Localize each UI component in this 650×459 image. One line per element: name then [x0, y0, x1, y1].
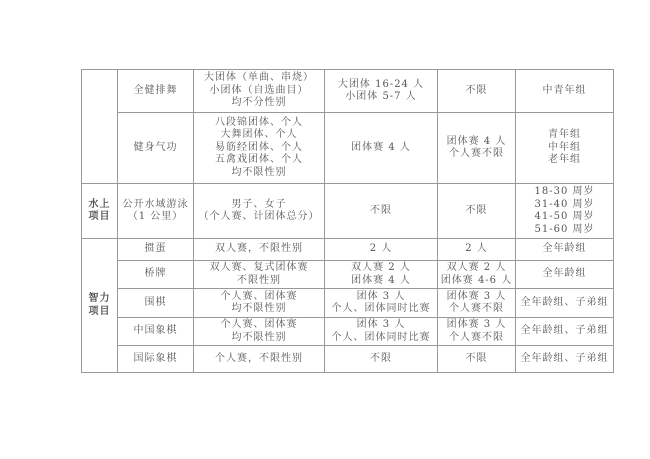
category-label: 智力 [84, 293, 115, 306]
format-cell: 双人赛，不限性别 [194, 239, 325, 261]
quota-cell: 团体赛 4 人 个人赛不限 [438, 113, 516, 184]
format-cell: 个人赛、团体赛 均不限性别 [194, 318, 325, 346]
team-size-line: 团体赛 4 人 [327, 142, 435, 155]
category-cell-continued [82, 70, 118, 184]
age-group-line: 青年组 [518, 129, 611, 142]
event-cell: 围棋 [118, 289, 194, 318]
team-size-cell: 大团体 16-24 人 小团体 5-7 人 [325, 70, 438, 113]
format-line: 均不限性别 [196, 332, 322, 345]
event-name: 桥牌 [120, 268, 191, 281]
age-group-line: 41-50 周岁 [518, 211, 611, 224]
format-cell: 大团体（单曲、串烧） 小团体（自选曲目） 均不分性别 [194, 70, 325, 113]
age-group-line: 31-40 周岁 [518, 199, 611, 212]
category-label: 水上 [84, 199, 115, 212]
event-cell: 健身气功 [118, 113, 194, 184]
quota-line: 双人赛 2 人 [440, 262, 513, 275]
format-line: （个人赛、计团体总分） [196, 211, 322, 224]
event-cell: 掼蛋 [118, 239, 194, 261]
team-size-line: 2 人 [327, 243, 435, 256]
table-row: 围棋 个人赛、团体赛 均不限性别 团体 3 人 个人、团体同时比赛 团体赛 3 … [82, 289, 614, 318]
quota-line: 2 人 [440, 243, 513, 256]
age-group-line: 全年龄组 [518, 268, 611, 281]
team-size-cell: 不限 [325, 346, 438, 373]
event-name: （1 公里） [120, 211, 191, 224]
format-line: 大团体（单曲、串烧） [196, 72, 322, 85]
events-table: 全健排舞 大团体（单曲、串烧） 小团体（自选曲目） 均不分性别 大团体 16-2… [81, 69, 614, 373]
format-cell: 个人赛，不限性别 [194, 346, 325, 373]
quota-cell: 团体赛 3 人 个人赛不限 [438, 289, 516, 318]
age-group-line: 全年龄组、子弟组 [518, 297, 611, 310]
format-cell: 八段锦团体、个人 大舞团体、个人 易筋经团体、个人 五禽戏团体、个人 均不限性别 [194, 113, 325, 184]
team-size-line: 个人、团体同时比赛 [327, 332, 435, 345]
format-line: 大舞团体、个人 [196, 129, 322, 142]
age-group-line: 全年龄组 [518, 243, 611, 256]
age-group-cell: 中青年组 [516, 70, 614, 113]
team-size-line: 双人赛 2 人 [327, 262, 435, 275]
format-line: 不限性别 [196, 275, 322, 288]
team-size-line: 团体 3 人 [327, 291, 435, 304]
format-line: 易筋经团体、个人 [196, 142, 322, 155]
format-line: 男子、女子 [196, 199, 322, 212]
format-cell: 男子、女子 （个人赛、计团体总分） [194, 184, 325, 239]
team-size-cell: 不限 [325, 184, 438, 239]
quota-cell: 2 人 [438, 239, 516, 261]
quota-cell: 双人赛 2 人 团体赛 4-6 人 [438, 261, 516, 289]
table-row: 水上 项目 公开水域游泳 （1 公里） 男子、女子 （个人赛、计团体总分） 不限… [82, 184, 614, 239]
quota-line: 不限 [440, 353, 513, 366]
format-line: 个人赛，不限性别 [196, 353, 322, 366]
team-size-line: 大团体 16-24 人 [327, 79, 435, 92]
team-size-line: 团体 3 人 [327, 319, 435, 332]
team-size-line: 小团体 5-7 人 [327, 91, 435, 104]
team-size-line: 团体赛 4 人 [327, 275, 435, 288]
age-group-cell: 18-30 周岁 31-40 周岁 41-50 周岁 51-60 周岁 [516, 184, 614, 239]
quota-line: 不限 [440, 85, 513, 98]
format-line: 均不限性别 [196, 167, 322, 180]
category-label: 项目 [84, 306, 115, 319]
quota-line: 不限 [440, 205, 513, 218]
category-cell-water: 水上 项目 [82, 184, 118, 239]
format-line: 均不分性别 [196, 97, 322, 110]
format-line: 双人赛、复式团体赛 [196, 262, 322, 275]
team-size-cell: 双人赛 2 人 团体赛 4 人 [325, 261, 438, 289]
event-name: 中国象棋 [120, 325, 191, 338]
quota-cell: 不限 [438, 346, 516, 373]
table-row: 全健排舞 大团体（单曲、串烧） 小团体（自选曲目） 均不分性别 大团体 16-2… [82, 70, 614, 113]
quota-cell: 团体赛 3 人 个人赛不限 [438, 318, 516, 346]
event-name: 公开水域游泳 [120, 199, 191, 212]
quota-line: 团体赛 3 人 [440, 291, 513, 304]
event-cell: 桥牌 [118, 261, 194, 289]
format-line: 小团体（自选曲目） [196, 85, 322, 98]
event-name: 国际象棋 [120, 353, 191, 366]
quota-line: 团体赛 4 人 [440, 136, 513, 149]
age-group-line: 中青年组 [518, 85, 611, 98]
age-group-line: 老年组 [518, 154, 611, 167]
age-group-cell: 全年龄组、子弟组 [516, 318, 614, 346]
quota-line: 团体赛 3 人 [440, 319, 513, 332]
table-row: 国际象棋 个人赛，不限性别 不限 不限 全年龄组、子弟组 [82, 346, 614, 373]
event-cell: 全健排舞 [118, 70, 194, 113]
table-row: 桥牌 双人赛、复式团体赛 不限性别 双人赛 2 人 团体赛 4 人 双人赛 2 … [82, 261, 614, 289]
team-size-line: 个人、团体同时比赛 [327, 303, 435, 316]
event-cell: 公开水域游泳 （1 公里） [118, 184, 194, 239]
team-size-cell: 团体 3 人 个人、团体同时比赛 [325, 289, 438, 318]
event-name: 全健排舞 [120, 85, 191, 98]
quota-cell: 不限 [438, 70, 516, 113]
table-row: 中国象棋 个人赛、团体赛 均不限性别 团体 3 人 个人、团体同时比赛 团体赛 … [82, 318, 614, 346]
age-group-line: 51-60 周岁 [518, 224, 611, 237]
quota-line: 个人赛不限 [440, 148, 513, 161]
team-size-cell: 团体 3 人 个人、团体同时比赛 [325, 318, 438, 346]
age-group-line: 全年龄组、子弟组 [518, 325, 611, 338]
team-size-cell: 2 人 [325, 239, 438, 261]
format-line: 双人赛，不限性别 [196, 243, 322, 256]
age-group-cell: 青年组 中年组 老年组 [516, 113, 614, 184]
category-label: 项目 [84, 211, 115, 224]
age-group-cell: 全年龄组 [516, 239, 614, 261]
event-name: 健身气功 [120, 142, 191, 155]
table-row: 健身气功 八段锦团体、个人 大舞团体、个人 易筋经团体、个人 五禽戏团体、个人 … [82, 113, 614, 184]
age-group-line: 中年组 [518, 142, 611, 155]
age-group-cell: 全年龄组 [516, 261, 614, 289]
format-cell: 个人赛、团体赛 均不限性别 [194, 289, 325, 318]
quota-line: 个人赛不限 [440, 303, 513, 316]
age-group-line: 18-30 周岁 [518, 186, 611, 199]
quota-line: 团体赛 4-6 人 [440, 275, 513, 288]
format-cell: 双人赛、复式团体赛 不限性别 [194, 261, 325, 289]
team-size-cell: 团体赛 4 人 [325, 113, 438, 184]
event-name: 围棋 [120, 297, 191, 310]
format-line: 八段锦团体、个人 [196, 117, 322, 130]
category-cell-mind-sports: 智力 项目 [82, 239, 118, 373]
format-line: 个人赛、团体赛 [196, 319, 322, 332]
event-cell: 国际象棋 [118, 346, 194, 373]
format-line: 均不限性别 [196, 303, 322, 316]
format-line: 个人赛、团体赛 [196, 291, 322, 304]
age-group-cell: 全年龄组、子弟组 [516, 289, 614, 318]
team-size-line: 不限 [327, 353, 435, 366]
team-size-line: 不限 [327, 205, 435, 218]
age-group-line: 全年龄组、子弟组 [518, 353, 611, 366]
age-group-cell: 全年龄组、子弟组 [516, 346, 614, 373]
event-name: 掼蛋 [120, 243, 191, 256]
table-row: 智力 项目 掼蛋 双人赛，不限性别 2 人 2 人 全年龄组 [82, 239, 614, 261]
format-line: 五禽戏团体、个人 [196, 154, 322, 167]
quota-line: 个人赛不限 [440, 332, 513, 345]
event-cell: 中国象棋 [118, 318, 194, 346]
quota-cell: 不限 [438, 184, 516, 239]
